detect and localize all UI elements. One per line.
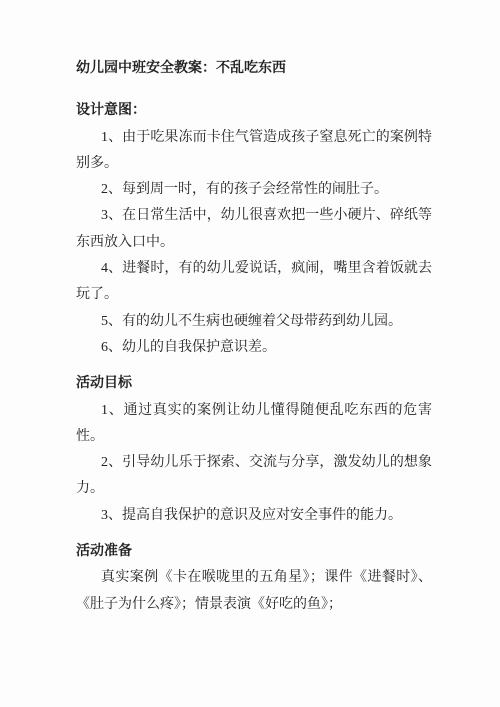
section-heading-design-intent: 设计意图：	[76, 98, 432, 124]
section-heading-activity-preparation: 活动准备	[76, 539, 432, 565]
design-intent-item-1: 1、由于吃果冻而卡住气管造成孩子窒息死亡的案例特别多。	[76, 125, 432, 178]
activity-goal-item-3: 3、提高自我保护的意识及应对安全事件的能力。	[76, 503, 432, 529]
design-intent-item-5: 5、有的幼儿不生病也硬缠着父母带药到幼儿园。	[76, 309, 432, 335]
design-intent-item-3: 3、在日常生活中，幼儿很喜欢把一些小硬片、碎纸等东西放入口中。	[76, 203, 432, 256]
section-heading-activity-goals: 活动目标	[76, 371, 432, 397]
activity-goal-item-1: 1、通过真实的案例让幼儿懂得随便乱吃东西的危害性。	[76, 398, 432, 451]
activity-preparation-text: 真实案例《卡在喉咙里的五角星》；课件《进餐时》、《肚子为什么疼》；情景表演《好吃…	[76, 565, 432, 618]
document-page: 幼儿园中班安全教案：不乱吃东西 设计意图： 1、由于吃果冻而卡住气管造成孩子窒息…	[0, 0, 500, 707]
document-title: 幼儿园中班安全教案：不乱吃东西	[76, 56, 432, 82]
activity-goal-item-2: 2、引导幼儿乐于探索、交流与分享，激发幼儿的想象力。	[76, 450, 432, 503]
design-intent-item-4: 4、进餐时，有的幼儿爱说话，疯闹，嘴里含着饭就去玩了。	[76, 256, 432, 309]
design-intent-item-2: 2、每到周一时，有的孩子会经常性的闹肚子。	[76, 177, 432, 203]
design-intent-item-6: 6、幼儿的自我保护意识差。	[76, 335, 432, 361]
